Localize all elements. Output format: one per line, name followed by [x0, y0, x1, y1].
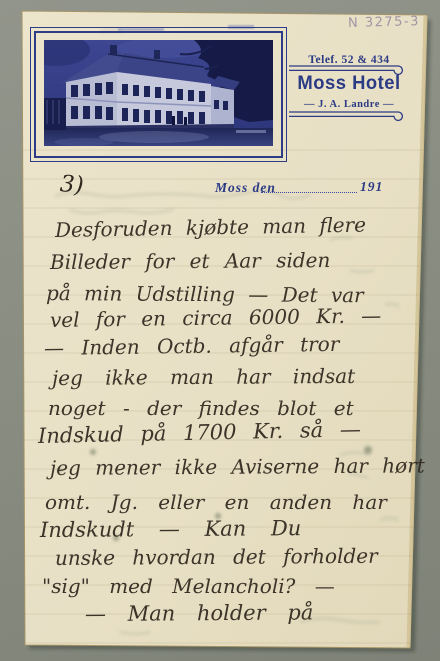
hotel-building-illustration — [44, 40, 273, 146]
handwriting-line: unske hvordan det forholder — [55, 544, 378, 570]
handwriting-line: — Inden Octb. afgår tror — [44, 332, 340, 360]
handwriting-line: omt. Jg. eller en anden har — [45, 490, 387, 514]
date-year: 191 — [360, 179, 383, 195]
archive-number: N 3275-3 — [348, 14, 420, 31]
page-number: 3) — [59, 171, 84, 199]
hotel-name: Moss Hotel — [290, 73, 408, 95]
hotel-building-photo — [44, 40, 273, 146]
handwriting-line: noget - der findes blot et — [48, 396, 354, 420]
scanned-letter-canvas: N 3275-3 — [0, 0, 440, 661]
handwriting-line: — Man holder på — [85, 600, 314, 626]
handwriting-line: Billeder for et Aar siden — [50, 248, 331, 274]
handwriting-line: Indskudt — Kan Du — [40, 516, 301, 542]
ornamental-rule-bottom — [288, 109, 410, 121]
handwriting-line: jeg ikke man har indsat — [52, 364, 355, 390]
handwriting-line: vel for en circa 6000 Kr. — — [50, 303, 382, 332]
handwriting-line: "sig" med Melancholi? — — [42, 574, 335, 598]
handwriting-line: jeg mener ikke Aviserne har hørt — [50, 453, 425, 480]
date-dotted-line — [261, 179, 357, 193]
